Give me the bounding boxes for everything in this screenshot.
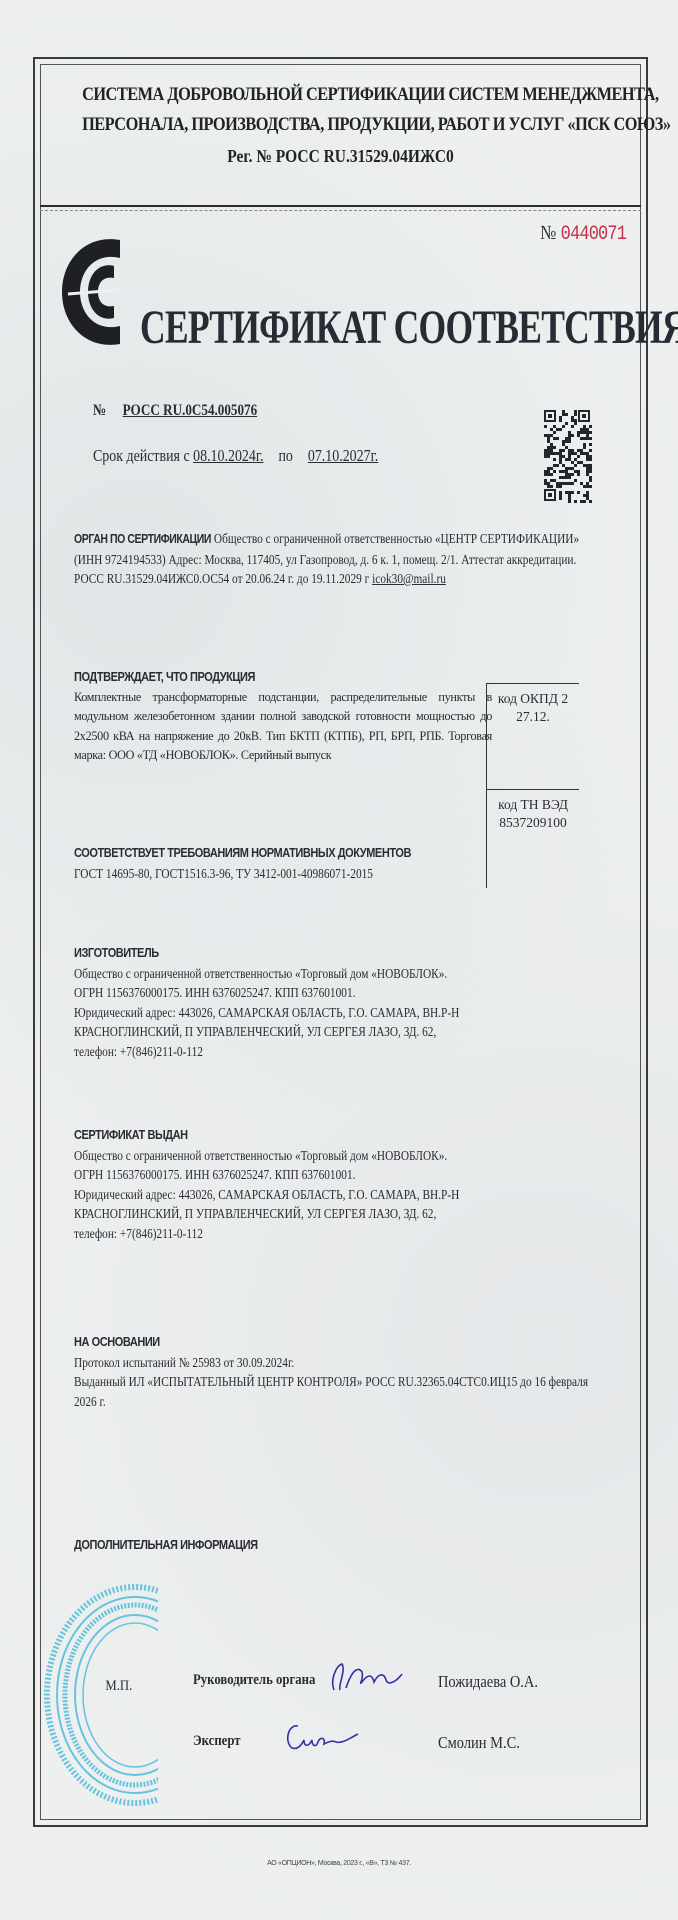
- system-registration-number: Рег. № РОСС RU.31529.04ИЖС0: [82, 146, 599, 167]
- email-link[interactable]: icok30@mail.ru: [372, 571, 446, 586]
- expert-signature-icon: [282, 1720, 362, 1754]
- normative-documents-list: ГОСТ 14695-80, ГОСТ1516.3-96, ТУ 3412-00…: [74, 864, 528, 884]
- manufacturer-line: Юридический адрес: 443026, САМАРСКАЯ ОБЛ…: [74, 1003, 528, 1023]
- certification-body-section: ОРГАН ПО СЕРТИФИКАЦИИ Общество с огранич…: [74, 529, 614, 589]
- system-name-line-2: ПЕРСОНАЛА, ПРОИЗВОДСТВА, ПРОДУКЦИИ, РАБО…: [82, 114, 599, 136]
- head-of-body-name: Пожидаева О.А.: [438, 1672, 538, 1692]
- okpd-label: код ОКПД 2: [487, 690, 579, 708]
- additional-info-label: ДОПОЛНИТЕЛЬНАЯ ИНФОРМАЦИЯ: [74, 1536, 258, 1556]
- certificate-number: РОСС RU.0С54.005076: [123, 402, 258, 419]
- basis-section: НА ОСНОВАНИИ Протокол испытаний № 25983 …: [74, 1332, 614, 1411]
- printer-imprint: АО «ОПЦИОН», Москва, 2023 г., «В», Т3 № …: [0, 1860, 678, 1867]
- manufacturer-section: ИЗГОТОВИТЕЛЬ Общество с ограниченной отв…: [74, 943, 614, 1061]
- seal-place-label: М.П.: [105, 1678, 132, 1695]
- blank-serial-value: 0440071: [561, 223, 626, 246]
- certification-body-accreditation: РОСС RU.31529.04ИЖС0.ОС54 от 20.06.24 г.…: [74, 569, 528, 589]
- normative-documents-label: СООТВЕТСТВУЕТ ТРЕБОВАНИЯМ НОРМАТИВНЫХ ДО…: [74, 844, 411, 864]
- normative-documents-section: СООТВЕТСТВУЕТ ТРЕБОВАНИЯМ НОРМАТИВНЫХ ДО…: [74, 843, 614, 883]
- system-name-line-1: СИСТЕМА ДОБРОВОЛЬНОЙ СЕРТИФИКАЦИИ СИСТЕМ…: [82, 84, 599, 106]
- manufacturer-line: ОГРН 1156376000175. ИНН 6376025247. КПП …: [74, 983, 528, 1003]
- system-logo-c-icon: [58, 232, 128, 352]
- head-of-body-label: Руководитель органа: [193, 1672, 315, 1689]
- document-title: СЕРТИФИКАТ СООТВЕТСТВИЯ: [140, 300, 678, 355]
- tnved-cell: код ТН ВЭД 8537209100: [487, 789, 579, 832]
- basis-line: Протокол испытаний № 25983 от 30.09.2024…: [74, 1353, 528, 1373]
- additional-info-section: ДОПОЛНИТЕЛЬНАЯ ИНФОРМАЦИЯ: [74, 1535, 614, 1556]
- manufacturer-line: телефон: +7(846)211-0-112: [74, 1042, 528, 1062]
- basis-label: НА ОСНОВАНИИ: [74, 1333, 160, 1353]
- round-seal-stamp-icon: [40, 1580, 158, 1810]
- issued-to-label: СЕРТИФИКАТ ВЫДАН: [74, 1126, 188, 1146]
- number-sign: №: [540, 222, 556, 244]
- basis-line: 2026 г.: [74, 1392, 528, 1412]
- issued-to-line: телефон: +7(846)211-0-112: [74, 1224, 528, 1244]
- qr-code-icon[interactable]: [542, 408, 592, 503]
- certification-body-label: ОРГАН ПО СЕРТИФИКАЦИИ: [74, 532, 211, 546]
- tnved-label: код ТН ВЭД: [487, 796, 579, 814]
- issued-to-section: СЕРТИФИКАТ ВЫДАН Общество с ограниченной…: [74, 1125, 614, 1243]
- issued-to-line: КРАСНОГЛИНСКИЙ, П УПРАВЛЕНЧЕСКИЙ, УЛ СЕР…: [74, 1204, 528, 1224]
- validity-to-label: по: [278, 446, 292, 465]
- expert-label: Эксперт: [193, 1733, 241, 1750]
- tnved-value: 8537209100: [487, 814, 579, 832]
- certificate-number-row: № РОСС RU.0С54.005076: [93, 402, 257, 420]
- issued-to-line: ОГРН 1156376000175. ИНН 6376025247. КПП …: [74, 1165, 528, 1185]
- certification-body-address: (ИНН 9724194533) Адрес: Москва, 117405, …: [74, 550, 528, 570]
- head-signature-icon: [328, 1660, 408, 1694]
- okpd-value: 27.12.: [487, 708, 579, 726]
- product-section: ПОДТВЕРЖДАЕТ, ЧТО ПРОДУКЦИЯ Комплектные …: [74, 667, 492, 766]
- certification-system-header: СИСТЕМА ДОБРОВОЛЬНОЙ СЕРТИФИКАЦИИ СИСТЕМ…: [40, 64, 641, 207]
- product-label: ПОДТВЕРЖДАЕТ, ЧТО ПРОДУКЦИЯ: [74, 668, 255, 688]
- certificate-number-label: №: [93, 402, 106, 419]
- expert-name: Смолин М.С.: [438, 1733, 520, 1753]
- validity-label: Срок действия с: [93, 446, 190, 465]
- certification-body-name: Общество с ограниченной ответственностью…: [214, 531, 579, 546]
- okpd-cell: код ОКПД 2 27.12.: [487, 683, 579, 789]
- certification-body-line-1: ОРГАН ПО СЕРТИФИКАЦИИ Общество с огранич…: [74, 529, 528, 550]
- valid-from-date: 08.10.2024г.: [193, 446, 263, 465]
- blank-serial-number: № 0440071: [540, 222, 626, 246]
- issued-to-line: Юридический адрес: 443026, САМАРСКАЯ ОБЛ…: [74, 1185, 528, 1205]
- validity-period: Срок действия с 08.10.2024г. по 07.10.20…: [93, 446, 378, 466]
- issued-to-line: Общество с ограниченной ответственностью…: [74, 1146, 528, 1166]
- accreditation-text: РОСС RU.31529.04ИЖС0.ОС54 от 20.06.24 г.…: [74, 571, 369, 586]
- manufacturer-label: ИЗГОТОВИТЕЛЬ: [74, 944, 159, 964]
- basis-line: Выданный ИЛ «ИСПЫТАТЕЛЬНЫЙ ЦЕНТР КОНТРОЛ…: [74, 1372, 528, 1392]
- header-divider: [40, 210, 641, 211]
- manufacturer-line: Общество с ограниченной ответственностью…: [74, 964, 528, 984]
- manufacturer-line: КРАСНОГЛИНСКИЙ, П УПРАВЛЕНЧЕСКИЙ, УЛ СЕР…: [74, 1022, 528, 1042]
- product-description: Комплектные трансформаторные подстанции,…: [74, 688, 492, 766]
- valid-to-date: 07.10.2027г.: [308, 446, 378, 465]
